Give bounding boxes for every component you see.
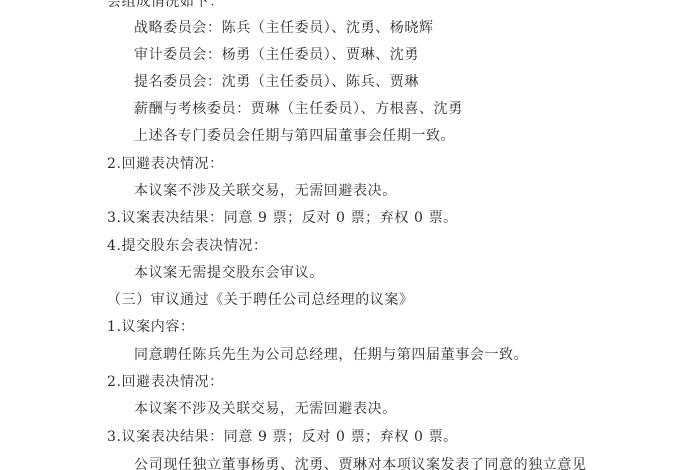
recusal-text-2: 本议案不涉及关联交易，无需回避表决。: [134, 400, 397, 418]
vote-result-line-2: 3.议案表决结果：同意 9 票；反对 0 票；弃权 0 票。: [107, 428, 458, 446]
audit-committee-line: 审计委员会：杨勇（主任委员）、贾琳、沈勇: [134, 46, 419, 64]
vote-result-line: 3.议案表决结果：同意 9 票；反对 0 票；弃权 0 票。: [107, 209, 458, 227]
shareholder-submission-heading: 4.提交股东会表决情况：: [107, 237, 268, 255]
section-three-heading: （三）审议通过《关于聘任公司总经理的议案》: [107, 291, 414, 309]
independent-director-opinion-line: 公司现任独立董事杨勇、沈勇、贾琳对本项议案发表了同意的独立意见: [134, 456, 587, 470]
compensation-committee-line: 薪酬与考核委员：贾琳（主任委员）、方根喜、沈勇: [134, 100, 463, 118]
committee-intro-line: 会组成情况如下：: [107, 0, 224, 11]
proposal-content-text: 同意聘任陈兵先生为公司总经理，任期与第四届董事会一致。: [134, 346, 528, 364]
recusal-heading-2: 2.回避表决情况：: [107, 373, 224, 391]
strategy-committee-line: 战略委员会：陈兵（主任委员）、沈勇、杨晓辉: [134, 19, 434, 37]
shareholder-submission-text: 本议案无需提交股东会审议。: [134, 264, 324, 282]
nomination-committee-line: 提名委员会：沈勇（主任委员）、陈兵、贾琳: [134, 73, 419, 91]
committee-term-line: 上述各专门委员会任期与第四届董事会任期一致。: [134, 127, 455, 145]
recusal-heading: 2.回避表决情况：: [107, 155, 224, 173]
proposal-content-heading: 1.议案内容：: [107, 318, 195, 336]
document-page: 会组成情况如下： 战略委员会：陈兵（主任委员）、沈勇、杨晓辉 审计委员会：杨勇（…: [0, 0, 700, 470]
recusal-text: 本议案不涉及关联交易，无需回避表决。: [134, 182, 397, 200]
